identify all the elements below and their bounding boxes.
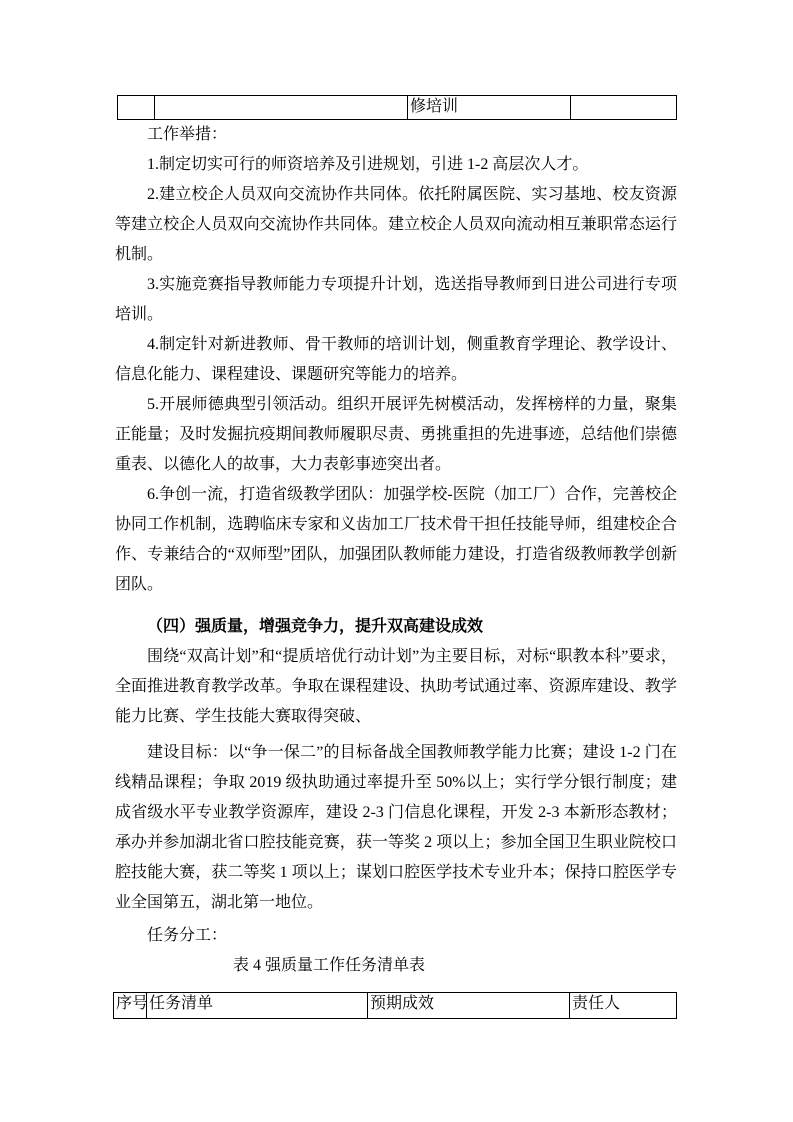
top-table-fragment: 修培训 [117,95,677,120]
paragraph-item-2: 2.建立校企人员双向交流协作共同体。依托附属医院、实习基地、校友资源等建立校企人… [115,180,677,270]
table-row: 修培训 [118,96,677,120]
header-cell-task-list: 任务清单 [147,993,368,1019]
table-cell-training: 修培训 [408,96,571,120]
task-list-table: 序号 任务清单 预期成效 责任人 [113,992,677,1019]
paragraph-construction-goals: 建设目标：以“争一保二”的目标备战全国教师教学能力比赛；建设 1-2 门在线精品… [115,738,677,918]
paragraph-item-1: 1.制定切实可行的师资培养及引进规划，引进 1-2 高层次人才。 [115,150,677,180]
table-cell-empty [571,96,677,120]
paragraph-item-3: 3.实施竞赛指导教师能力专项提升计划，选送指导教师到日进公司进行专项培训。 [115,270,677,330]
paragraph-task-division: 任务分工： [115,921,677,951]
paragraph-work-measures: 工作举措： [115,120,677,150]
paragraph-item-6: 6.争创一流，打造省级教学团队：加强学校-医院（加工厂）合作，完善校企协同工作机… [115,480,677,600]
header-cell-responsible-person: 责任人 [570,993,677,1019]
paragraph-item-4: 4.制定针对新进教师、骨干教师的培训计划，侧重教育学理论、教学设计、信息化能力、… [115,330,677,390]
document-content: 修培训 工作举措： 1.制定切实可行的师资培养及引进规划，引进 1-2 高层次人… [115,95,677,1019]
table-header-row: 序号 任务清单 预期成效 责任人 [114,993,677,1019]
table-caption: 表 4 强质量工作任务清单表 [115,951,543,981]
table-cell-empty [118,96,155,120]
table-cell-empty [155,96,408,120]
paragraph-section-intro: 围绕“双高计划”和“提质培优行动计划”为主要目标，对标“职教本科”要求，全面推进… [115,642,677,732]
section-heading: （四）强质量，增强竞争力，提升双高建设成效 [115,612,677,642]
header-cell-expected-results: 预期成效 [368,993,570,1019]
header-cell-number: 序号 [114,993,147,1019]
document-page: 修培训 工作举措： 1.制定切实可行的师资培养及引进规划，引进 1-2 高层次人… [0,0,793,1122]
paragraph-item-5: 5.开展师德典型引领活动。组织开展评先树模活动，发挥榜样的力量，聚集正能量；及时… [115,390,677,480]
